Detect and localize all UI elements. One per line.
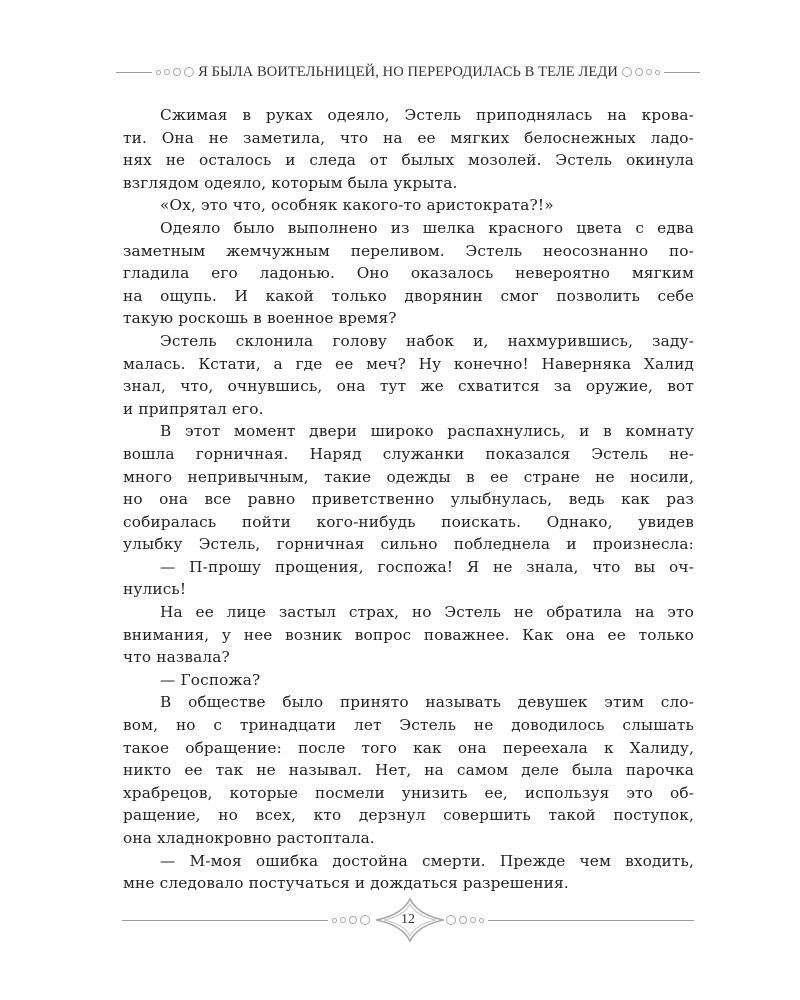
- text-line: Эстель склонила голову набок и, нахмурив…: [123, 330, 694, 353]
- page-number: 12: [401, 912, 415, 928]
- running-header: Я БЫЛА ВОИТЕЛЬНИЦЕЙ, НО ПЕРЕРОДИЛАСЬ В Т…: [122, 62, 694, 82]
- ornament-dot-icon: [470, 917, 476, 923]
- text-line: — М-моя ошибка достойна смерти. Прежде ч…: [123, 850, 694, 873]
- text-line: но она все равно приветственно улыбнулас…: [123, 488, 694, 511]
- ornament-dot-icon: [655, 70, 660, 75]
- text-line: нях не осталось и следа от былых мозолей…: [123, 149, 694, 172]
- page-footer: 12: [122, 897, 694, 943]
- text-line: мне следовало постучаться и дождаться ра…: [123, 872, 694, 895]
- text-line: малась. Кстати, а где ее меч? Ну конечно…: [123, 353, 694, 376]
- text-line: вом, но с тринадцати лет Эстель не довод…: [123, 714, 694, 737]
- text-line: ти. Она не заметила, что на ее мягких бе…: [123, 127, 694, 150]
- ornament-dot-icon: [349, 916, 357, 924]
- text-line: храбрецов, которые посмели унизить ее, и…: [123, 782, 694, 805]
- footer-ornament-right: [446, 915, 484, 925]
- text-line: внимания, у нее возник вопрос поважнее. …: [123, 624, 694, 647]
- ornament-dot-icon: [446, 915, 456, 925]
- header-rule-right: [664, 72, 700, 73]
- running-title: Я БЫЛА ВОИТЕЛЬНИЦЕЙ, НО ПЕРЕРОДИЛАСЬ В Т…: [198, 64, 618, 81]
- text-line: На ее лице застыл страх, но Эстель не об…: [123, 601, 694, 624]
- text-line: ращение, но всех, кто дерзнул совершить …: [123, 804, 694, 827]
- text-line: знал, что, очнувшись, она тут же схватит…: [123, 375, 694, 398]
- text-line: такую роскошь в военное время?: [123, 307, 694, 330]
- text-line: вошла горничная. Наряд служанки показалс…: [123, 443, 694, 466]
- text-line: собиралась пойти кого-нибудь поискать. О…: [123, 511, 694, 534]
- text-line: Одеяло было выполнено из шелка красного …: [123, 217, 694, 240]
- ornament-dot-icon: [184, 67, 194, 77]
- text-line: взглядом одеяло, которым была укрыта.: [123, 172, 694, 195]
- header-ornament-right: [622, 67, 660, 77]
- text-line: и припрятал его.: [123, 398, 694, 421]
- text-line: заметным жемчужным переливом. Эстель нео…: [123, 240, 694, 263]
- header-ornament-left: [156, 67, 194, 77]
- ornament-dot-icon: [360, 915, 370, 925]
- text-line: нулись!: [123, 578, 694, 601]
- text-line: гладила его ладонью. Оно оказалось невер…: [123, 262, 694, 285]
- ornament-dot-icon: [173, 68, 181, 76]
- ornament-dot-icon: [332, 918, 337, 923]
- text-line: В обществе было принято называть девушек…: [123, 691, 694, 714]
- footer-rule-left: [122, 920, 328, 921]
- text-line: улыбку Эстель, горничная сильно побледне…: [123, 533, 694, 556]
- text-line: на ощупь. И какой только дворянин смог п…: [123, 285, 694, 308]
- body-text: Сжимая в руках одеяло, Эстель приподняла…: [123, 104, 694, 895]
- header-rule-left: [116, 72, 152, 73]
- text-line: В этот момент двери широко распахнулись,…: [123, 420, 694, 443]
- text-line: — П-прошу прощения, госпожа! Я не знала,…: [123, 556, 694, 579]
- ornament-dot-icon: [646, 69, 652, 75]
- text-line: — Госпожа?: [123, 669, 694, 692]
- ornament-dot-icon: [156, 70, 161, 75]
- ornament-dot-icon: [622, 67, 632, 77]
- footer-ornament-left: [332, 915, 370, 925]
- text-line: много непривычным, такие одежды в ее стр…: [123, 466, 694, 489]
- ornament-dot-icon: [340, 917, 346, 923]
- ornament-dot-icon: [479, 918, 484, 923]
- text-line: Сжимая в руках одеяло, Эстель приподняла…: [123, 104, 694, 127]
- ornament-dot-icon: [164, 69, 170, 75]
- text-line: никто ее так не называл. Нет, на самом д…: [123, 759, 694, 782]
- ornament-dot-icon: [635, 68, 643, 76]
- text-line: что назвала?: [123, 646, 694, 669]
- footer-rule-right: [488, 920, 694, 921]
- page-number-frame: 12: [374, 897, 442, 943]
- ornament-dot-icon: [459, 916, 467, 924]
- text-line: такое обращение: после того как она пере…: [123, 737, 694, 760]
- text-line: она хладнокровно растоптала.: [123, 827, 694, 850]
- text-line: «Ох, это что, особняк какого-то аристокр…: [123, 194, 694, 217]
